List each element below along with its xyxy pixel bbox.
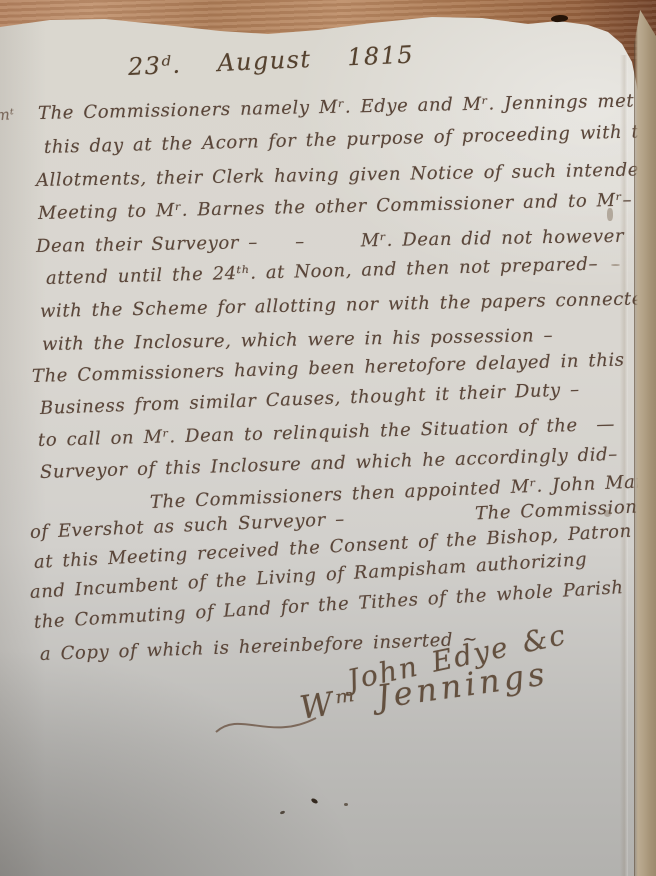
- ink-speck: [604, 510, 611, 517]
- manuscript-line: with the Scheme for allotting nor with t…: [40, 288, 656, 323]
- manuscript-line: Meeting to Mʳ. Barnes the other Commissi…: [38, 190, 633, 225]
- ink-speck: [344, 803, 348, 806]
- manuscript-line: attend until the 24ᵗʰ. at Noon, and then…: [46, 254, 599, 290]
- manuscript-photo: 23ᵈ. August 1815 amᵗ The Commissioners n…: [0, 0, 656, 876]
- margin-note: amᵗ: [0, 103, 15, 127]
- manuscript-page: 23ᵈ. August 1815 amᵗ The Commissioners n…: [0, 0, 656, 876]
- signature-wm-jennings: Wᵐ Jennings: [298, 662, 549, 719]
- manuscript-line: with the Inclosure, which were in his po…: [42, 325, 554, 356]
- manuscript-line: The Commissioners namely Mʳ. Edye and Mʳ…: [38, 90, 656, 125]
- book-page-edges: [634, 10, 656, 876]
- ink-speck: [611, 264, 620, 266]
- ink-speck: [280, 810, 286, 815]
- manuscript-line: this day at the Acorn for the purpose of…: [44, 121, 656, 159]
- ink-speck: [607, 208, 613, 221]
- manuscript-line: Allotments, their Clerk having given Not…: [36, 159, 652, 192]
- ink-speck: [310, 798, 318, 805]
- entry-date-heading: 23ᵈ. August 1815: [128, 44, 415, 78]
- manuscript-line: Dean their Surveyor – – Mʳ. Dean did not…: [36, 225, 656, 258]
